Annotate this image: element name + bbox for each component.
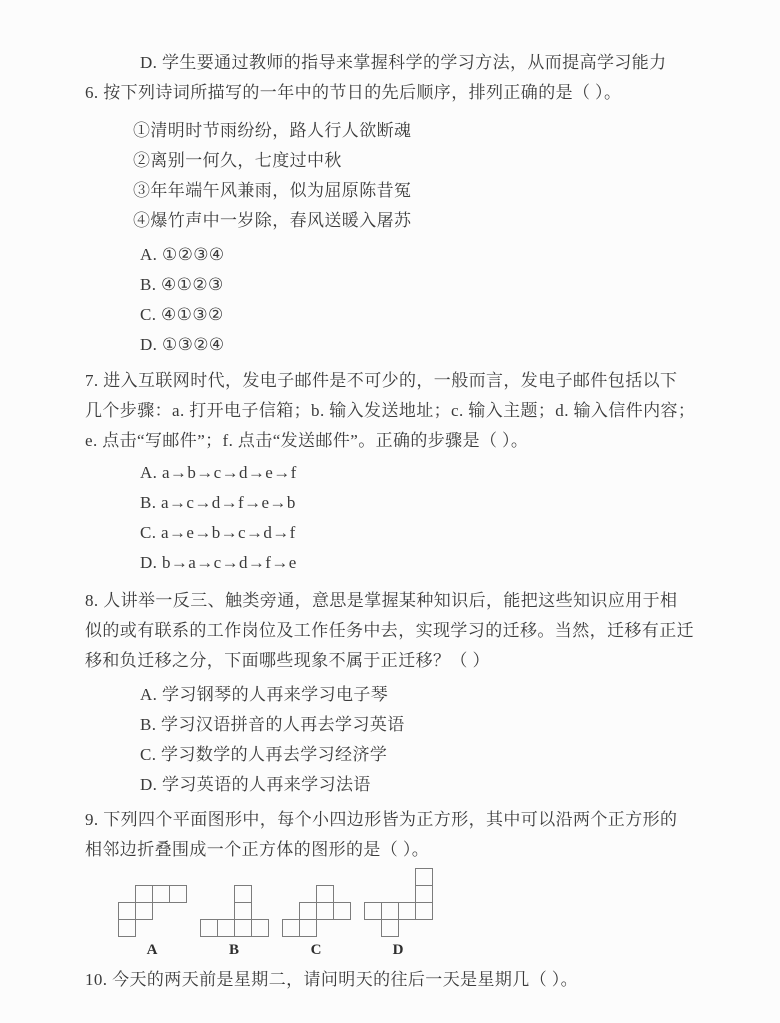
net-square (217, 919, 235, 937)
option-text: D. 学习英语的人再来学习法语 (140, 770, 371, 795)
net-square (135, 902, 153, 920)
q6-item-2: ②离别一何久，七度过中秋 (85, 143, 720, 173)
stem-text: 移和负迁移之分，下面哪些现象不属于正迁移？（ ） (85, 646, 490, 671)
net-square (251, 919, 269, 937)
net-square (364, 902, 382, 920)
stem-text: 似的或有联系的工作岗位及工作任务中去，实现学习的迁移。当然，迁移有正迁 (85, 616, 694, 641)
net-square (234, 919, 252, 937)
item-text: ④爆竹声中一岁除，春风送暖入屠苏 (133, 206, 411, 231)
net-square (381, 919, 399, 937)
net-square (282, 919, 300, 937)
option-text: A. ①②③④ (140, 245, 225, 265)
net-square (316, 885, 334, 903)
option-text: A. a→b→c→d→e→f (140, 463, 297, 483)
option-text: D. ①③②④ (140, 335, 225, 355)
q6-option-b: B. ④①②③ (85, 270, 720, 300)
item-text: ②离别一何久，七度过中秋 (133, 146, 342, 171)
cube-net-shape (282, 885, 351, 937)
question-8-stem-line-3: 移和负迁移之分，下面哪些现象不属于正迁移？（ ） (85, 643, 720, 673)
option-text: C. a→e→b→c→d→f (140, 523, 296, 543)
question-8-stem-line-1: 8. 人讲举一反三、触类旁通，意思是掌握某种知识后，能把这些知识应用于相 (85, 583, 720, 613)
question-9-stem-line-2: 相邻边折叠围成一个正方体的图形的是（ ）。 (85, 832, 720, 862)
question-9-stem-line-1: 9. 下列四个平面图形中，每个小四边形皆为正方形，其中可以沿两个正方形的 (85, 802, 720, 832)
q7-option-b: B. a→c→d→f→e→b (85, 488, 720, 518)
stem-text: 6. 按下列诗词所描写的一年中的节日的先后顺序，排列正确的是（ ）。 (85, 78, 621, 103)
net-square (118, 902, 136, 920)
net-square (333, 902, 351, 920)
cube-net-shape (118, 885, 187, 937)
figure-label: A (147, 937, 159, 959)
q6-option-a: A. ①②③④ (85, 240, 720, 270)
stem-text: 10. 今天的两天前是星期二，请问明天的往后一天是星期几（ ）。 (85, 965, 578, 990)
q8-option-a: A. 学习钢琴的人再来学习电子琴 (85, 677, 720, 707)
net-square (415, 868, 433, 886)
option-text: D. b→a→c→d→f→e (140, 553, 297, 573)
question-7-stem-line-2: 几个步骤：a. 打开电子信箱；b. 输入发送地址；c. 输入主题；d. 输入信件… (85, 393, 720, 423)
figure-label: B (229, 937, 240, 959)
question-6-stem: 6. 按下列诗词所描写的一年中的节日的先后顺序，排列正确的是（ ）。 (85, 75, 720, 105)
net-square (415, 902, 433, 920)
q6-option-d: D. ①③②④ (85, 330, 720, 360)
net-square (169, 885, 187, 903)
net-square (398, 902, 416, 920)
cube-net-figure-C: C (282, 885, 351, 959)
option-text: B. 学习汉语拼音的人再去学习英语 (140, 710, 405, 735)
stem-text: 7. 进入互联网时代，发电子邮件是不可少的，一般而言，发电子邮件包括以下 (85, 366, 677, 391)
item-text: ③年年端午风兼雨，似为屈原陈昔冤 (133, 176, 411, 201)
option-text: C. ④①③② (140, 305, 224, 325)
stem-text: 相邻边折叠围成一个正方体的图形的是（ ）。 (85, 835, 429, 860)
item-text: ①清明时节雨纷纷，路人行人欲断魂 (133, 116, 411, 141)
option-text: B. a→c→d→f→e→b (140, 493, 296, 513)
net-square (234, 885, 252, 903)
cube-net-shape (364, 868, 433, 937)
cube-net-figure-D: D (364, 868, 433, 959)
option-text: A. 学习钢琴的人再来学习电子琴 (140, 680, 388, 705)
question-7-stem-line-1: 7. 进入互联网时代，发电子邮件是不可少的，一般而言，发电子邮件包括以下 (85, 363, 720, 393)
stem-text: e. 点击“写邮件”；f. 点击“发送邮件”。正确的步骤是（ ）。 (85, 426, 528, 451)
prev-question-option-d: D. 学生要通过教师的指导来掌握科学的学习方法，从而提高学习能力 (85, 45, 720, 75)
net-square (299, 902, 317, 920)
option-text: C. 学习数学的人再去学习经济学 (140, 740, 387, 765)
question-8-stem-line-2: 似的或有联系的工作岗位及工作任务中去，实现学习的迁移。当然，迁移有正迁 (85, 613, 720, 643)
q9-figures-row: ABCD (118, 868, 720, 959)
net-square (152, 885, 170, 903)
net-square (234, 902, 252, 920)
q6-item-1: ①清明时节雨纷纷，路人行人欲断魂 (85, 113, 720, 143)
stem-text: 几个步骤：a. 打开电子信箱；b. 输入发送地址；c. 输入主题；d. 输入信件… (85, 396, 695, 421)
net-square (118, 919, 136, 937)
q8-option-b: B. 学习汉语拼音的人再去学习英语 (85, 707, 720, 737)
option-text: D. 学生要通过教师的指导来掌握科学的学习方法，从而提高学习能力 (140, 48, 667, 73)
net-square (415, 885, 433, 903)
cube-net-figure-A: A (118, 885, 187, 959)
cube-net-figure-B: B (200, 885, 269, 959)
figure-label: D (393, 937, 405, 959)
q7-option-c: C. a→e→b→c→d→f (85, 518, 720, 548)
option-text: B. ④①②③ (140, 275, 224, 295)
exam-paper-page: D. 学生要通过教师的指导来掌握科学的学习方法，从而提高学习能力 6. 按下列诗… (0, 0, 780, 1023)
q8-option-d: D. 学习英语的人再来学习法语 (85, 767, 720, 797)
stem-text: 9. 下列四个平面图形中，每个小四边形皆为正方形，其中可以沿两个正方形的 (85, 805, 677, 830)
q8-option-c: C. 学习数学的人再去学习经济学 (85, 737, 720, 767)
q7-option-d: D. b→a→c→d→f→e (85, 548, 720, 578)
net-square (135, 885, 153, 903)
figure-label: C (311, 937, 323, 959)
q6-item-3: ③年年端午风兼雨，似为屈原陈昔冤 (85, 173, 720, 203)
q7-option-a: A. a→b→c→d→e→f (85, 458, 720, 488)
question-10-stem: 10. 今天的两天前是星期二，请问明天的往后一天是星期几（ ）。 (85, 962, 720, 992)
q6-option-c: C. ④①③② (85, 300, 720, 330)
stem-text: 8. 人讲举一反三、触类旁通，意思是掌握某种知识后，能把这些知识应用于相 (85, 586, 677, 611)
question-7-stem-line-3: e. 点击“写邮件”；f. 点击“发送邮件”。正确的步骤是（ ）。 (85, 423, 720, 453)
cube-net-shape (200, 885, 269, 937)
net-square (316, 902, 334, 920)
net-square (200, 919, 218, 937)
net-square (381, 902, 399, 920)
q6-item-4: ④爆竹声中一岁除，春风送暖入屠苏 (85, 203, 720, 233)
net-square (299, 919, 317, 937)
